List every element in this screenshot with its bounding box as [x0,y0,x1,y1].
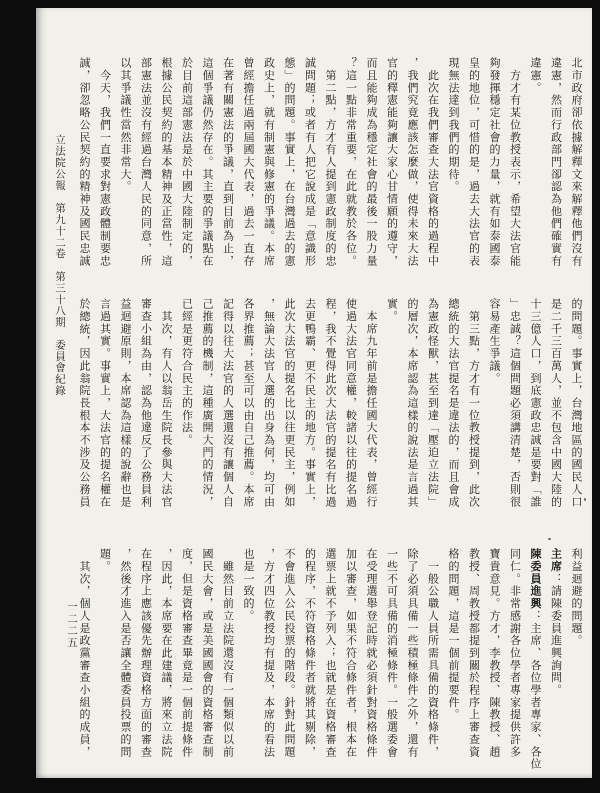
band-middle-text: 的問題。事實上，台灣地區的國民人口 是二千三百萬人，並不包含中國大陸的 十三億人… [78,298,582,508]
text-band-bottom: 利益迴避的問題。 主席：請陳委員進興詢問。 陳委員進興：主席、各位學者專家、各位… [72,548,586,774]
chen-speech-text: ：主席、各位學者專家、各位 同仁。非常感謝各位學者專家提供許多 寶貴意見。方才，… [78,548,541,770]
speaker-name-chair: 主席 [550,548,562,573]
scan-speck [584,498,586,501]
text-band-middle: 的問題。事實上，台灣地區的國民人口 是二千三百萬人，並不包含中國大陸的 十三億人… [72,298,586,514]
text-band-top: 北市政府卻依據解釋文來解釋他們沒有 違憲，然而行政部門卻認為他們確實有 違憲。 … [72,57,586,273]
band-top-text: 北市政府卻依據解釋文來解釋他們沒有 違憲，然而行政部門卻認為他們確實有 違憲。 … [78,57,582,267]
gazette-page: 立法院公報 第九十二卷 第三十八期 委員會紀錄 一二二五 北市政府卻依據解釋文來… [36,8,592,778]
speaker-name-chen-weiyuan: 陳委員進興 [529,548,541,610]
band-bottom-lead-text: 利益迴避的問題。 [570,548,582,647]
chair-instruction-text: ：請陳委員進興詢問。 [550,573,562,697]
scan-speck [548,538,551,540]
scan-speck [558,176,560,178]
gazette-volume-title: 立法院公報 第九十二卷 第三十八期 委員會紀錄 [48,134,72,428]
